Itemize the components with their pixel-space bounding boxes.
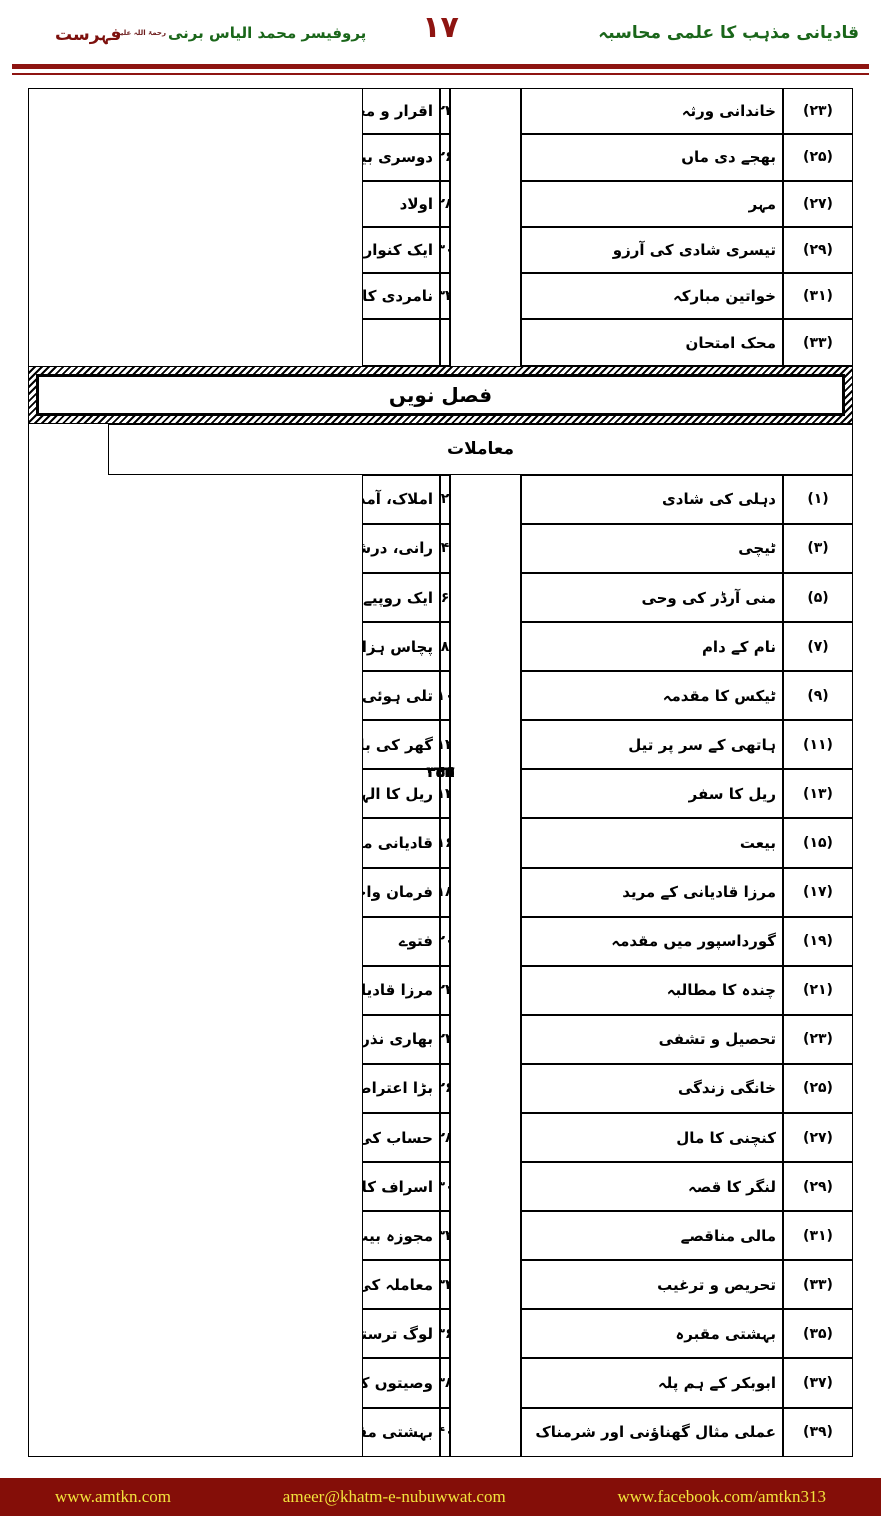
author-honorific: رحمۃ اللہ علیہ <box>150 30 166 37</box>
toc-section-b: (۱)دہلی کی شادی۳۲۷(۲)املاک، آمدنی اور خر… <box>28 475 853 1457</box>
table-of-contents: (۲۳)خاندانی ورثہ۳۲۱(۲۴)اقرار و معذرت۳۲۱(… <box>28 88 853 1457</box>
page-number: ۱۷ <box>422 10 459 45</box>
scanned-book-page: قادیانی مذہب کا علمی محاسبہ ۱۷ پروفیسر م… <box>0 0 881 1531</box>
index-label: فہرست <box>55 24 121 45</box>
toc-entry-page: ۳۵۰ <box>28 88 853 1457</box>
footer-website-link[interactable]: www.amtkn.com <box>55 1487 171 1507</box>
header-rule-thick <box>12 64 869 69</box>
footer-email-link[interactable]: ameer@khatm-e-nubuwwat.com <box>283 1487 506 1507</box>
toc-row: (۳۹)عملی مثال گھناؤنی اور شرمناک۳۵۰(۴۰)ب… <box>28 1408 853 1457</box>
footer-bar: www.amtkn.com ameer@khatm-e-nubuwwat.com… <box>0 1478 881 1516</box>
book-title: قادیانی مذہب کا علمی محاسبہ <box>598 22 859 43</box>
page-header: قادیانی مذہب کا علمی محاسبہ ۱۷ پروفیسر م… <box>0 0 881 62</box>
footer-facebook-link[interactable]: www.facebook.com/amtkn313 <box>617 1487 826 1507</box>
header-rule-thin <box>12 73 869 75</box>
author-name: پروفیسر محمد الیاس برنیرحمۃ اللہ علیہ <box>150 24 366 42</box>
